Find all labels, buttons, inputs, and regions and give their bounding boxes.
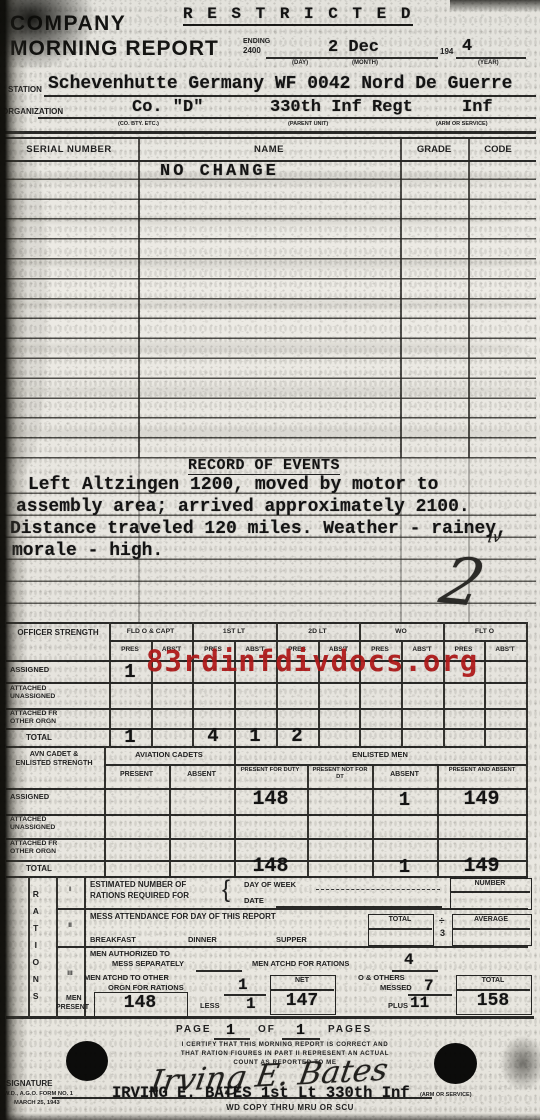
- enlisted-total-present-for-duty: 148: [234, 857, 307, 877]
- scan-edge-bottom: [0, 1113, 540, 1120]
- day-of-week-line: [316, 889, 440, 890]
- grid-line: [450, 891, 530, 893]
- scan-smudge: [10, 258, 540, 269]
- mess-total-label: TOTAL: [368, 916, 432, 924]
- events-line-4: morale - high.: [12, 542, 163, 560]
- organization-line: [38, 117, 536, 119]
- enlisted-col-present-and-absent: PRESENT AND ABSENT: [447, 767, 517, 774]
- officer-group-fldo-capt: FLD O & CAPT: [109, 628, 192, 636]
- divide-by-three: 3: [440, 928, 445, 938]
- average-label: AVERAGE: [452, 916, 530, 924]
- cadet-row-total-label: TOTAL: [26, 864, 52, 873]
- day-of-week-label: DAY OF WEEK: [244, 881, 296, 890]
- plus-label: PLUS: [388, 1002, 408, 1011]
- o-and-others-line1: O & OTHERS: [358, 974, 405, 983]
- cadet-group-label: AVIATION CADETS: [104, 751, 234, 760]
- enlisted-assigned-present-and-absent: 149: [437, 790, 526, 810]
- typed-signature-name: IRVING E. BATES 1st Lt 330th Inf: [112, 1086, 410, 1102]
- officer-table-top: [6, 622, 528, 624]
- men-present-value: 148: [94, 994, 186, 1012]
- officer-table-bottom: [6, 746, 528, 748]
- net-label: NET: [270, 977, 334, 985]
- enlisted-total-present-and-absent: 149: [437, 857, 526, 877]
- roster-ruled-rows: [2, 160, 536, 460]
- station-entry: Schevenhutte Germany WF 0042 Nord De Gue…: [48, 75, 512, 93]
- officer-total-2dlt-pres: 2: [276, 727, 318, 746]
- grid-line: [368, 928, 432, 930]
- cadet-col-present: PRESENT: [104, 771, 169, 779]
- year-line: [456, 57, 526, 59]
- cadet-col-absent: ABSENT: [169, 771, 234, 779]
- ending-time: 2400: [243, 46, 261, 55]
- of-label: OF: [258, 1024, 276, 1036]
- classification-banner: R E S T R I C T E D: [183, 6, 413, 26]
- brace-glyph: {: [222, 876, 230, 904]
- net-value: 147: [270, 992, 334, 1010]
- date-line: [266, 57, 438, 59]
- breakfast-label: BREAKFAST: [90, 936, 136, 945]
- estimated-rations-line1: ESTIMATED NUMBER OF: [90, 880, 186, 889]
- men-atchd-for-rations-value: 4: [404, 952, 414, 968]
- officer-total-fldo-pres: 1: [109, 728, 151, 747]
- page-label: PAGE: [176, 1024, 212, 1036]
- plus-value: 11: [410, 995, 429, 1011]
- grid-line: [6, 838, 528, 840]
- scan-corner-top-right: [450, 0, 540, 12]
- roster-col-code: CODE: [468, 145, 528, 156]
- month-sublabel: (MONTH): [352, 60, 378, 67]
- officer-total-1stlt-abst: 1: [234, 727, 276, 746]
- roster-col-name: NAME: [138, 145, 400, 156]
- wd-copy-line: WD COPY THRU MRU OR SCU: [160, 1103, 420, 1112]
- roster-divider-3: [468, 139, 470, 458]
- officer-total-1stlt-pres: 4: [192, 727, 234, 746]
- scan-smudge: [0, 342, 525, 353]
- grid-line: [6, 814, 528, 816]
- estimated-rations-line2: RATIONS REQUIRED FOR: [90, 891, 189, 900]
- o-and-others-line2: MESSED: [380, 984, 412, 993]
- date-fill-line: [276, 906, 442, 908]
- pages-label: PAGES: [328, 1024, 372, 1036]
- day-sublabel: (DAY): [292, 60, 308, 67]
- enlisted-col-present-for-duty: PRESENT FOR DUTY: [240, 767, 300, 774]
- date-label: DATE: [244, 897, 264, 906]
- officer-assigned-fldo-pres: 1: [109, 663, 151, 682]
- year-sublabel: (YEAR): [478, 60, 499, 67]
- enlisted-assigned-absent: 1: [372, 791, 437, 810]
- org-unit-sublabel: (CO. BTY. ETC.): [118, 121, 159, 127]
- grid-line: [484, 640, 486, 748]
- punch-hole-left: [66, 1041, 108, 1081]
- men-present-line1: MEN: [66, 995, 82, 1003]
- officer-sub-pres-1: PRES: [109, 646, 151, 653]
- men-authorized-line2: MESS SEPARATELY: [112, 960, 184, 969]
- grid-line: [56, 946, 528, 948]
- grid-line: [6, 682, 528, 684]
- scan-smudge: [0, 428, 540, 438]
- scan-edge-left: [0, 0, 28, 1120]
- enlisted-group-label: ENLISTED MEN: [234, 751, 526, 760]
- men-authorized-line1: MEN AUTHORIZED TO: [90, 950, 170, 959]
- o-and-others-value: 7: [424, 978, 434, 994]
- org-unit-entry: Co. "D": [132, 99, 203, 116]
- men-atchd-for-rations-label: MEN ATCHD FOR RATIONS: [252, 960, 349, 969]
- certify-line-2: THAT RATION FIGURES IN PART II REPRESENT…: [120, 1050, 450, 1057]
- page-value: 1: [226, 1023, 235, 1038]
- ending-label: ENDING: [243, 38, 270, 46]
- rations-total-value: 158: [456, 992, 530, 1010]
- dinner-label: DINNER: [188, 936, 217, 945]
- men-present-line2: PRESENT: [56, 1004, 89, 1012]
- officer-group-wo: WO: [359, 628, 443, 636]
- pages-value: 1: [296, 1023, 305, 1038]
- org-arm-entry: Inf: [462, 99, 493, 116]
- less-value: 1: [246, 996, 256, 1012]
- rations-side-label: RATIONS: [30, 880, 54, 1016]
- officer-row-total-label: TOTAL: [26, 733, 52, 742]
- number-box-label: NUMBER: [450, 880, 530, 888]
- grid-line: [196, 970, 242, 972]
- scan-smudge: [0, 300, 540, 309]
- events-line-3: Distance traveled 120 miles. Weather - r…: [10, 520, 507, 538]
- scan-smudge: [0, 172, 540, 184]
- date-entry: 2 Dec: [328, 39, 379, 56]
- arm-service-sublabel: (ARM OR SERVICE): [420, 1092, 472, 1098]
- atchd-other-line1: MEN ATCHD TO OTHER: [84, 974, 169, 983]
- supper-label: SUPPER: [276, 936, 307, 945]
- rations-roman-i: I: [56, 886, 84, 893]
- officer-group-2d-lt: 2D LT: [276, 628, 359, 636]
- roster-divider-2: [400, 139, 402, 458]
- punch-hole-right: [434, 1043, 477, 1084]
- roster-divider-1: [138, 139, 140, 458]
- mess-attendance-title: MESS ATTENDANCE FOR DAY OF THIS REPORT: [90, 912, 276, 921]
- grid-line: [109, 640, 526, 642]
- org-parent-sublabel: (PARENT UNIT): [288, 121, 328, 127]
- grid-line: [224, 994, 266, 996]
- officer-group-1st-lt: 1ST LT: [192, 628, 276, 636]
- header-rule-thin: [2, 137, 536, 139]
- grid-line: [104, 746, 106, 876]
- watermark: 83rdinfdivdocs.org: [146, 644, 478, 678]
- enlisted-col-absent: ABSENT: [372, 771, 437, 779]
- scan-smudge: [0, 216, 520, 225]
- rations-roman-iii: III: [56, 970, 84, 977]
- grid-line: [526, 746, 528, 876]
- scan-corner-top-left: [0, 0, 96, 70]
- morning-report-document: R E S T R I C T E D COMPANY MORNING REPO…: [0, 0, 540, 1120]
- less-label: LESS: [200, 1002, 220, 1011]
- events-line-1: Left Altzingen 1200, moved by motor to: [28, 476, 438, 494]
- org-arm-sublabel: (ARM OR SERVICE): [436, 121, 488, 127]
- officer-group-flt-o: FLT O: [443, 628, 526, 636]
- certify-line-1: I CERTIFY THAT THIS MORNING REPORT IS CO…: [120, 1041, 450, 1048]
- scan-blob-bottom-right: [500, 1035, 540, 1091]
- grid-line: [104, 764, 526, 766]
- station-line: [44, 95, 536, 97]
- grid-line: [6, 708, 528, 710]
- grid-line: [452, 928, 530, 930]
- enlisted-total-absent: 1: [372, 858, 437, 877]
- year-prefix: 194: [440, 47, 453, 56]
- rations-roman-ii: II: [56, 922, 84, 929]
- rations-total-label: TOTAL: [456, 977, 530, 985]
- officer-sub-abst-5: ABS'T: [484, 646, 526, 653]
- events-line-2: assembly area; arrived approximately 210…: [16, 498, 470, 516]
- scan-smudge: [8, 386, 540, 395]
- grid-line: [392, 970, 438, 972]
- header-rule-heavy: [2, 131, 536, 134]
- year-entry: 4: [462, 38, 472, 55]
- org-parent-entry: 330th Inf Regt: [270, 99, 413, 116]
- divide-sign: ÷: [439, 916, 445, 928]
- roster-col-grade: GRADE: [400, 145, 468, 156]
- atchd-other-value: 1: [238, 977, 248, 993]
- enlisted-col-present-not-for-duty: PRESENT NOT FOR DT: [310, 767, 370, 781]
- enlisted-assigned-present-for-duty: 148: [234, 790, 307, 810]
